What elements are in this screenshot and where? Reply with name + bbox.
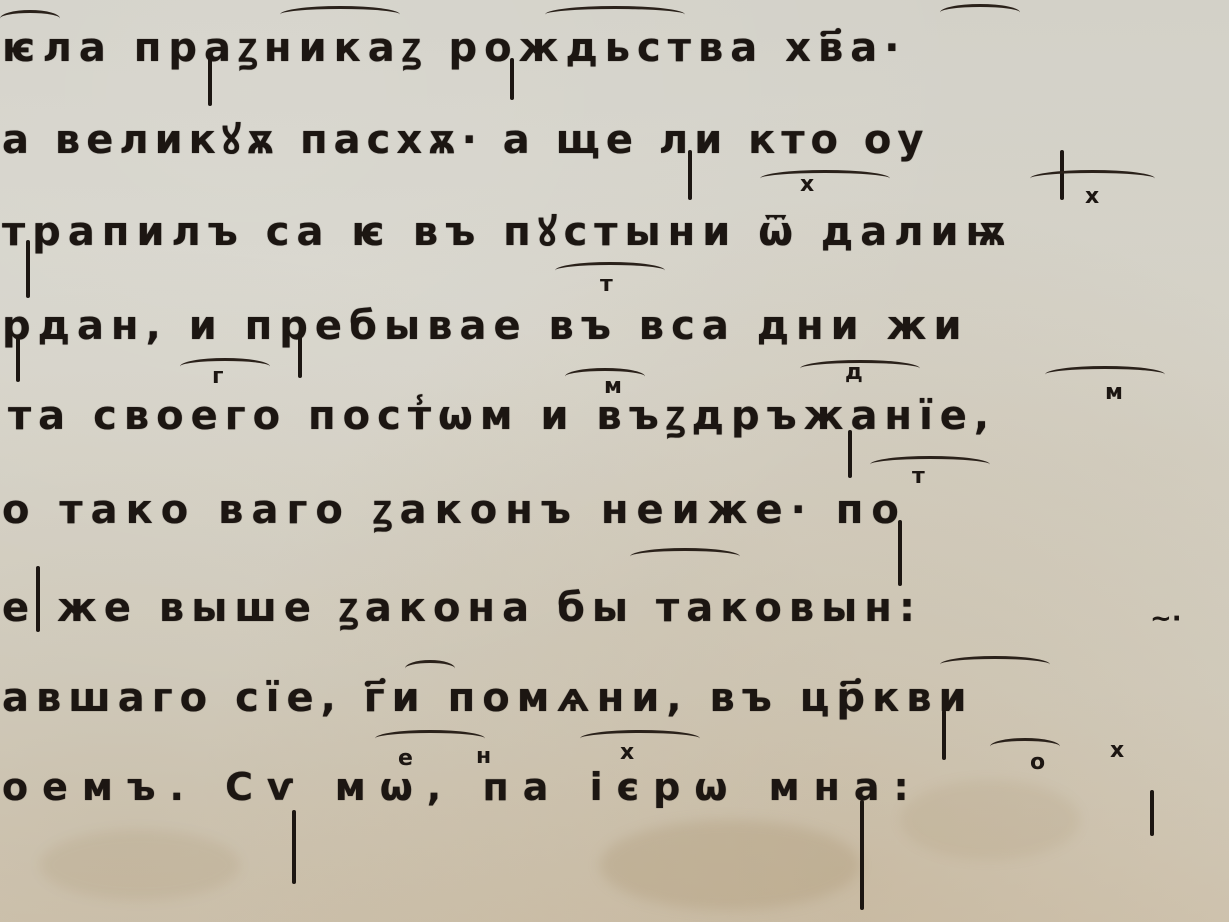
titlo-mark [630,548,740,565]
foxing-stain [40,830,240,900]
titlo-mark [375,730,485,747]
manuscript-line-2: а великꙋѫ пасхѫ· а ще ли кто оу [2,120,929,160]
foxing-stain [600,820,860,910]
titlo-mark [180,358,270,375]
superscript-letter: м [604,376,622,398]
superscript-letter: м [1105,382,1123,404]
manuscript-line-4: рдан, и пребывае въ вса дни жи [2,306,968,346]
manuscript-line-6: о тако ваго ꙁаконъ неиже· по [2,490,907,530]
descender-stroke [208,58,212,106]
line-end-flourish: ~· [1150,606,1182,632]
superscript-letter: т [912,466,925,488]
descender-stroke [1150,790,1154,836]
titlo-mark [405,660,455,677]
superscript-letter: е [398,748,413,770]
superscript-letter: н [476,746,491,768]
superscript-letter: х [800,174,814,196]
titlo-mark [545,6,685,23]
superscript-letter: г [212,366,224,388]
titlo-mark [580,730,700,747]
manuscript-line-8: авшаго сїе, г҃и помѧни, въ цр҃кви [2,678,974,718]
superscript-letter: х [1085,186,1099,208]
superscript-letter: т [600,274,613,296]
superscript-letter: х [1110,740,1124,762]
superscript-letter: д [845,362,863,384]
foxing-stain [900,780,1080,860]
descender-stroke [860,800,864,910]
superscript-letter: х [620,742,634,764]
descender-stroke [510,58,514,100]
descender-stroke [16,336,20,382]
descender-stroke [898,520,902,586]
manuscript-line-1: ѥла праꙁникаꙁ рождьства хв҃а· [2,28,906,68]
titlo-mark [870,456,990,473]
titlo-mark [990,738,1060,755]
descender-stroke [292,810,296,884]
titlo-mark [760,170,890,187]
manuscript-line-7: е же выше ꙁакона бы таковын: [2,588,922,628]
descender-stroke [688,150,692,200]
descender-stroke [26,240,30,298]
manuscript-line-3: трапилъ са ѥ въ пꙋстыни ѿ далиѭ [2,212,1013,252]
descender-stroke [298,336,302,378]
descender-stroke [36,566,40,632]
titlo-mark [940,4,1020,21]
superscript-letter: о [1030,752,1045,774]
titlo-mark [940,656,1050,673]
manuscript-line-9: оемъ. Сѵ мѡ, па ієрѡ мна: [2,768,923,806]
titlo-mark [280,6,400,23]
descender-stroke [848,430,852,478]
descender-stroke [942,710,946,760]
